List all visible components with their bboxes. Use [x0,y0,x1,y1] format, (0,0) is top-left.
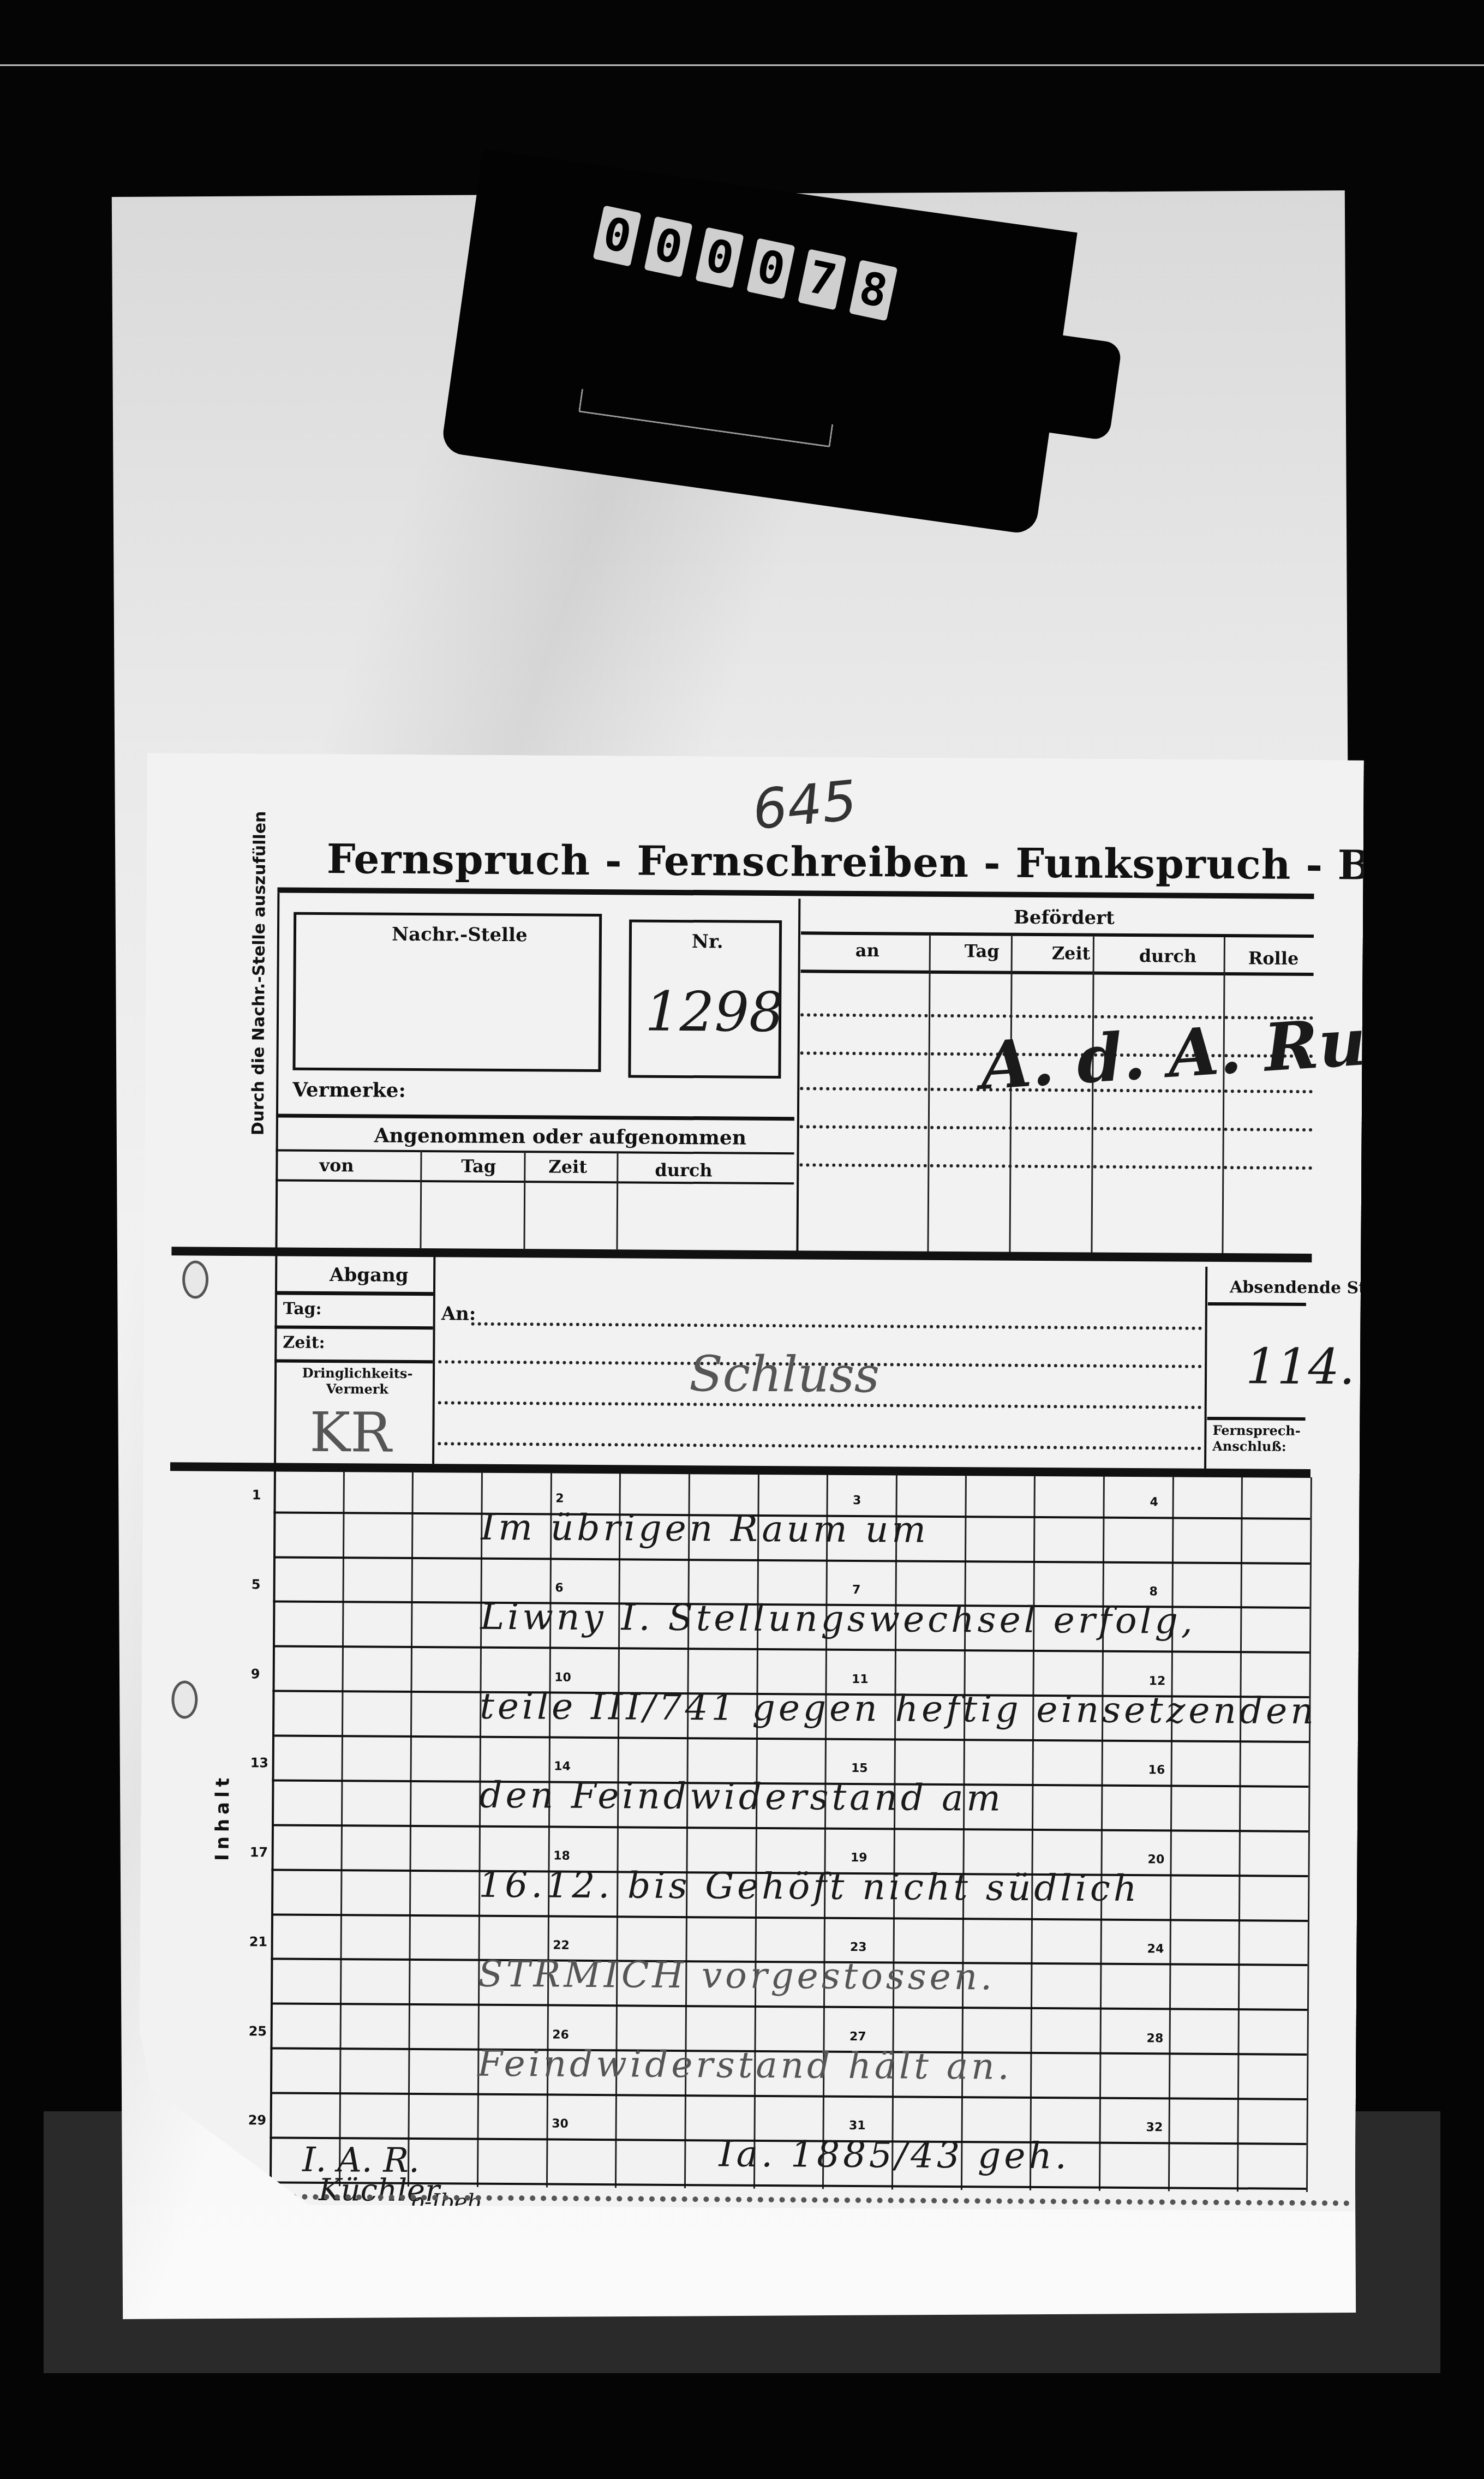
befoerdert-header-rule [801,969,1314,976]
dringlichkeit-label: Dringlichkeits-Vermerk [286,1365,428,1398]
scan-edge-line [0,64,1484,66]
grid-column-line [1168,1477,1174,2191]
section-divider [796,899,800,1253]
group-number: 24 [1147,1942,1164,1956]
punch-hole [182,1260,208,1298]
absender-divider [1204,1267,1207,1469]
counter-digit: 7 [798,249,846,310]
group-number: 18 [553,1849,570,1863]
form-title: Fernspruch - Fernschreiben - Funkspruch … [327,836,1484,890]
section-rule-inhalt [170,1462,1311,1478]
row-number: 13 [250,1755,269,1770]
group-number: 27 [849,2029,866,2043]
nr-value: 1298 [645,980,784,1045]
row-number: 17 [250,1845,268,1860]
page-number: 645 [750,768,859,842]
message-line: Liwny I. Stellungswechsel erfolg, [480,1596,1196,1642]
grid-column-line [1099,1476,1105,2191]
message-line: STRMICH vorgestossen. [478,1953,995,1998]
row-number: 1 [252,1487,261,1502]
nr-label: Nr. [692,931,723,953]
group-number: 30 [552,2117,569,2131]
vermerke-rule [276,1113,794,1121]
group-number: 26 [552,2028,569,2041]
grid-column-line [1237,1477,1243,2191]
counter-digit: 0 [695,227,744,288]
message-line: teile III/741 gegen heftig einsetzenden [480,1685,1317,1732]
group-number: 6 [555,1581,563,1595]
message-line: den Feindwiderstand am [479,1774,1004,1819]
befoerdert-rule [801,931,1314,938]
dotted-line [438,1442,1201,1450]
fernsprech-label: Fernsprech-Anschluß: [1212,1422,1311,1454]
group-number: 11 [852,1672,869,1686]
counter-slot [578,389,833,447]
group-number: 10 [554,1670,571,1684]
abgang-zeit-label: Zeit: [283,1333,325,1352]
grid-column-line [1030,1476,1036,2190]
abgang-divider [432,1256,435,1464]
abgang-rule [275,1291,433,1296]
row-number: 25 [249,2023,267,2039]
grid-row-line [273,1645,1309,1654]
abgang-tag-label: Tag: [283,1300,322,1319]
side-instruction: Durch die Nachr.-Stelle auszufüllen [249,811,270,1136]
group-number: 3 [853,1494,861,1507]
nachr-stelle-label: Nachr.-Stelle [392,924,528,947]
dotted-line [471,1322,1202,1330]
counter-digit: 0 [644,216,692,277]
grid-column-line [339,1471,345,2186]
punch-hole [171,1680,198,1718]
befoerdert-col-tag: Tag [965,941,1000,961]
group-number: 15 [851,1762,868,1775]
absender-rule [1208,1302,1306,1306]
group-number: 7 [852,1583,860,1597]
group-number: 16 [1148,1763,1165,1777]
angenommen-title: Angenommen oder aufgenommen [374,1124,747,1149]
group-number: 32 [1146,2121,1163,2134]
angenommen-col-durch: durch [655,1160,712,1181]
befoerdert-signature: A. d. A. Ru [978,1003,1368,1105]
angenommen-col-von: von [319,1155,354,1176]
befoerdert-col-an: an [855,940,879,961]
title-rule [277,887,1314,899]
grid-row-line [270,2092,1307,2100]
message-line: 16.12. bis Gehöft nicht südlich [478,1864,1140,1909]
grid-row-line [271,1913,1308,1922]
vermerke-label: Vermerke: [292,1079,406,1102]
left-border [275,893,279,1253]
counter-digits: 0 0 0 0 7 8 [593,205,898,321]
angenommen-header-rule [276,1179,794,1184]
message-line: Ia. 1885/43 geh. [719,2133,1070,2177]
angenommen-rule [276,1149,794,1154]
group-number: 28 [1147,2032,1164,2045]
group-number: 23 [850,1941,867,1954]
grid-column-line [408,1472,414,2187]
counter-digit: 0 [746,238,795,299]
abgang-rule [275,1325,433,1330]
counter-digit: 8 [849,260,897,321]
befoerdert-col-rolle: Rolle [1248,948,1299,969]
an-value: Schluss [689,1345,880,1404]
group-number: 19 [851,1851,867,1865]
befoerdert-col-zeit: Zeit [1052,943,1091,963]
grid-row-line [272,1824,1308,1833]
col-divider [1222,937,1225,1256]
group-number: 8 [1150,1585,1158,1598]
group-number: 2 [555,1492,564,1506]
befoerdert-col-durch: durch [1139,945,1196,967]
message-line: Feindwiderstand hält an. [477,2042,1013,2087]
col-divider [927,936,931,1255]
group-number: 22 [553,1938,570,1952]
group-number: 12 [1149,1674,1166,1688]
col-divider [616,1151,618,1249]
grid-row-line [273,1556,1310,1565]
group-number: 14 [554,1760,571,1774]
inhalt-label: Inhalt [212,1774,234,1861]
message-form: 645 Fernspruch - Fernschreiben - Funkspr… [139,753,1364,2212]
absender-rule [1207,1417,1306,1421]
angenommen-col-zeit: Zeit [548,1157,587,1177]
row-number: 9 [251,1666,260,1681]
col-divider [523,1151,525,1249]
grid-row-line [272,1734,1309,1743]
abgang-title: Abgang [330,1264,409,1286]
counter-digit: 0 [593,205,642,266]
abgang-rule [274,1359,433,1363]
row-number: 29 [248,2112,267,2128]
group-number: 4 [1150,1495,1158,1509]
befoerdert-title: Befördert [1014,907,1115,929]
dotted-line [800,1125,1313,1131]
message-line: Im übrigen Raum um [481,1506,929,1551]
counter-tab [1028,332,1123,441]
absendende-stelle-label: Absendende Stelle [1230,1278,1399,1298]
absendende-stelle-value: 114. Div. [1246,1338,1463,1396]
row-number: 21 [249,1934,268,1949]
grid-row-line [271,2003,1307,2011]
angenommen-col-tag: Tag [461,1156,496,1177]
dotted-line [799,1163,1312,1170]
left-border [270,1255,278,2199]
row-number: 5 [252,1577,261,1592]
grid-column-line [1306,1477,1312,2192]
group-number: 20 [1148,1853,1165,1866]
col-divider [420,1150,422,1248]
group-number: 31 [849,2119,866,2133]
section-rule-abgang [171,1247,1312,1262]
an-label: An: [441,1303,476,1325]
dringlichkeit-value: KR [309,1400,392,1465]
